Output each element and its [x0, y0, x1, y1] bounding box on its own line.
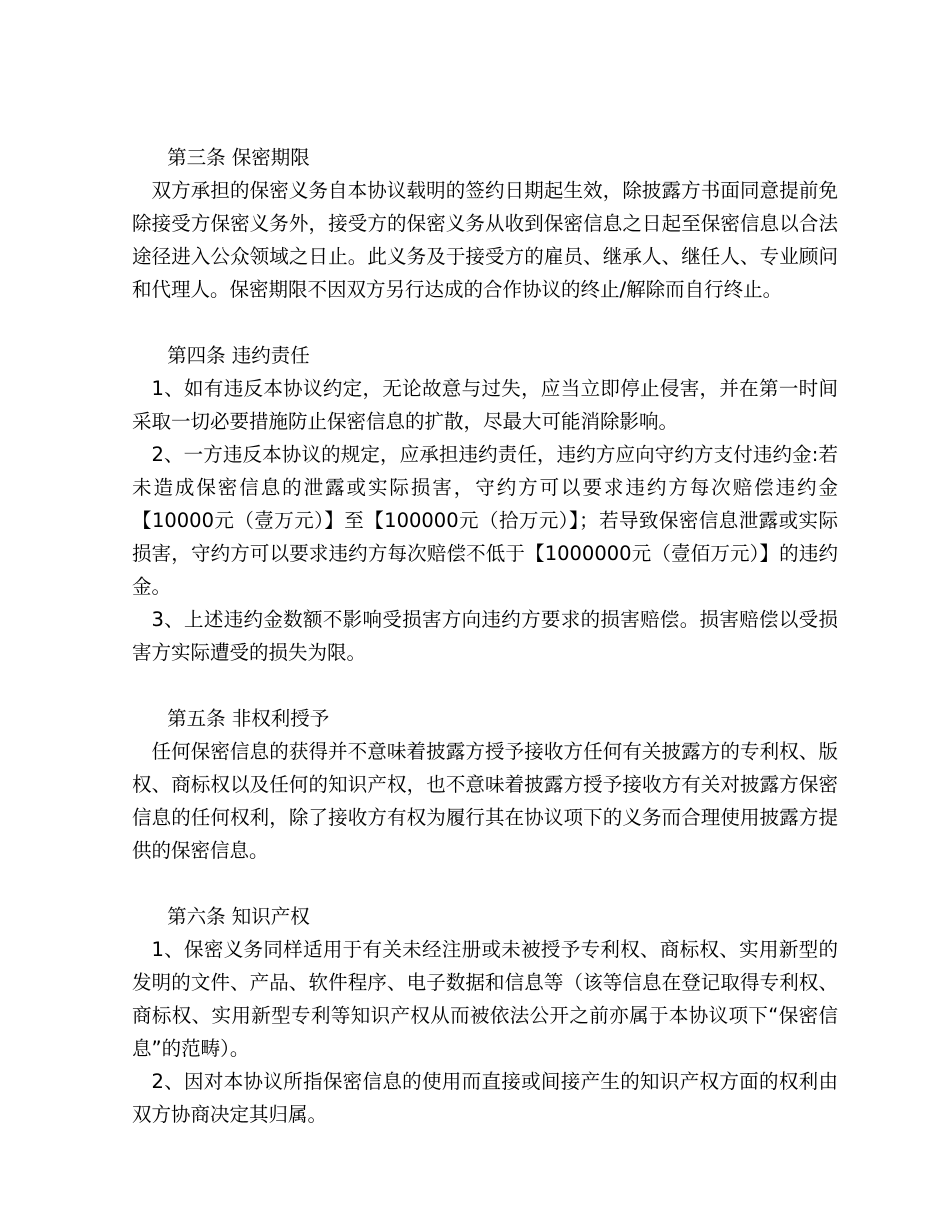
article-6-paragraph-2: 2、因对本协议所指保密信息的使用而直接或间接产生的知识产权方面的权利由双方协商决… [132, 1065, 838, 1131]
article-5-heading: 第五条 非权利授予 [132, 702, 838, 735]
article-5-paragraph-1: 任何保密信息的获得并不意味着披露方授予接收方任何有关披露方的专利权、版权、商标权… [132, 735, 838, 867]
document-page: 第三条 保密期限 双方承担的保密义务自本协议载明的签约日期起生效，除披露方书面同… [132, 141, 838, 1131]
article-4-heading: 第四条 违约责任 [132, 339, 838, 372]
section-article-3: 第三条 保密期限 双方承担的保密义务自本协议载明的签约日期起生效，除披露方书面同… [132, 141, 838, 306]
section-article-4: 第四条 违约责任 1、如有违反本协议约定，无论故意与过失，应当立即停止侵害，并在… [132, 339, 838, 669]
article-4-paragraph-3: 3、上述违约金数额不影响受损害方向违约方要求的损害赔偿。损害赔偿以受损害方实际遭… [132, 603, 838, 669]
article-6-heading: 第六条 知识产权 [132, 900, 838, 933]
article-4-paragraph-2: 2、一方违反本协议的规定，应承担违约责任，违约方应向守约方支付违约金:若未造成保… [132, 438, 838, 603]
article-3-heading: 第三条 保密期限 [132, 141, 838, 174]
section-article-5: 第五条 非权利授予 任何保密信息的获得并不意味着披露方授予接收方任何有关披露方的… [132, 702, 838, 867]
article-6-paragraph-1: 1、保密义务同样适用于有关未经注册或未被授予专利权、商标权、实用新型的发明的文件… [132, 933, 838, 1065]
section-article-6: 第六条 知识产权 1、保密义务同样适用于有关未经注册或未被授予专利权、商标权、实… [132, 900, 838, 1131]
article-3-paragraph-1: 双方承担的保密义务自本协议载明的签约日期起生效，除披露方书面同意提前免除接受方保… [132, 174, 838, 306]
article-4-paragraph-1: 1、如有违反本协议约定，无论故意与过失，应当立即停止侵害，并在第一时间采取一切必… [132, 372, 838, 438]
